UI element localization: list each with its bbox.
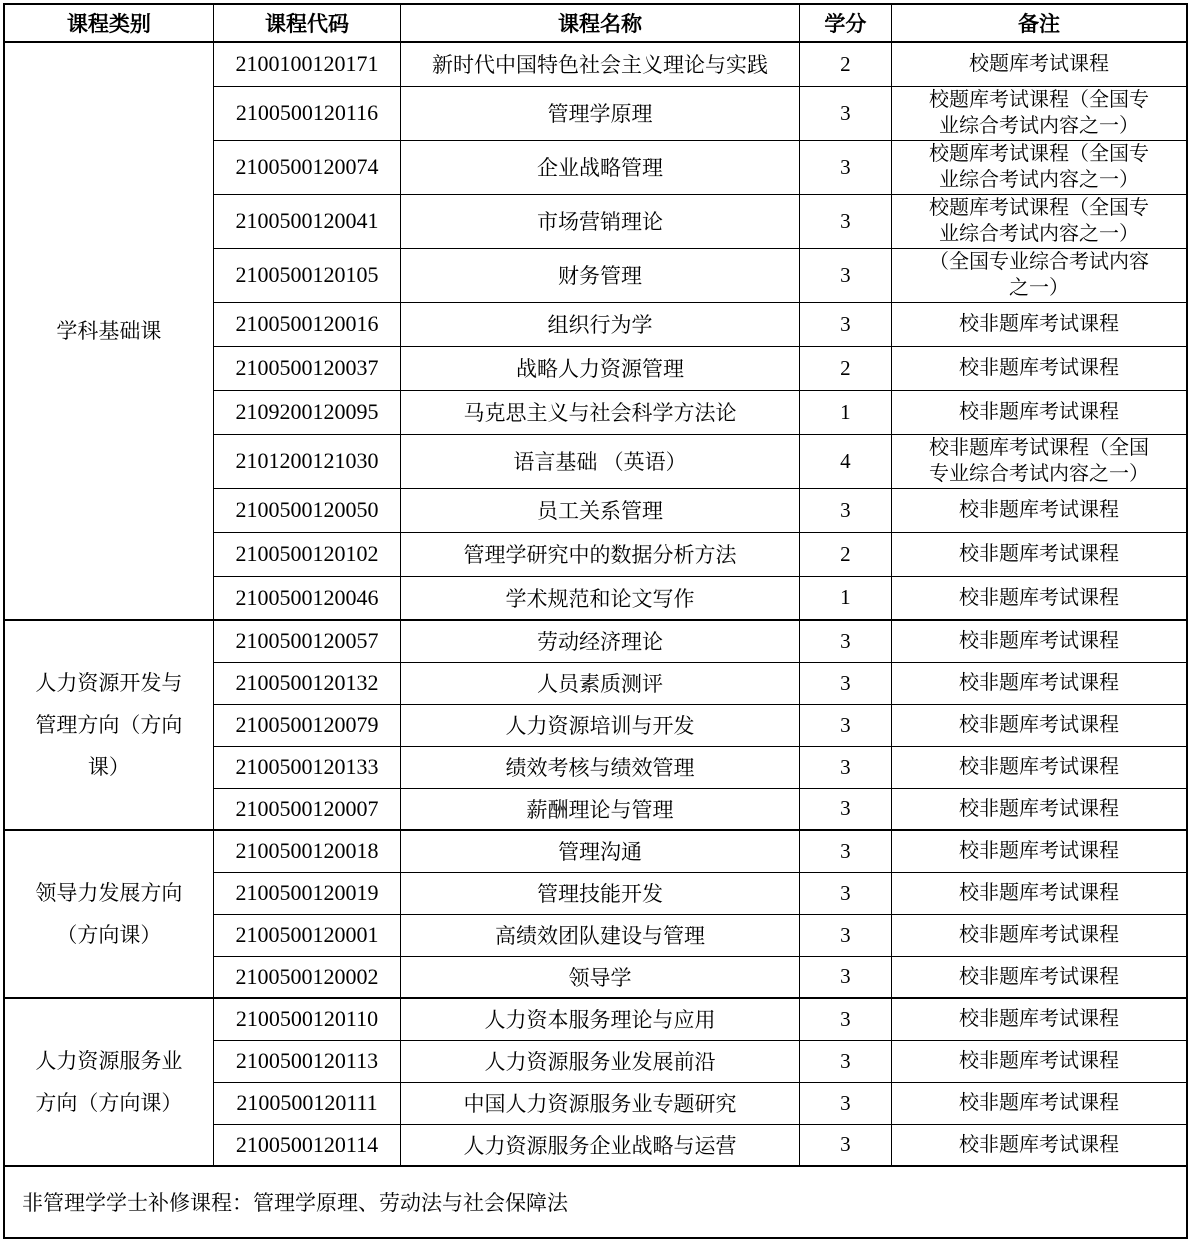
header-course-category: 课程类别	[4, 4, 213, 42]
credits-cell: 3	[799, 872, 891, 914]
code-cell: 2100500120102	[213, 532, 400, 576]
name-cell: 管理技能开发	[401, 872, 800, 914]
category-cell: 人力资源服务业方向（方向课）	[4, 998, 213, 1166]
code-cell: 2100500120111	[213, 1082, 400, 1124]
code-cell: 2100500120057	[213, 620, 400, 662]
name-cell: 马克思主义与社会科学方法论	[401, 390, 800, 434]
code-cell: 2100500120007	[213, 788, 400, 830]
note-cell: 校题库考试课程（全国专业综合考试内容之一）	[891, 194, 1187, 248]
code-cell: 2100500120105	[213, 248, 400, 302]
name-cell: 管理学原理	[401, 86, 800, 140]
name-cell: 劳动经济理论	[401, 620, 800, 662]
note-cell: 校非题库考试课程	[891, 872, 1187, 914]
header-credits: 学分	[799, 4, 891, 42]
note-cell: 校非题库考试课程	[891, 746, 1187, 788]
code-cell: 2100100120171	[213, 42, 400, 86]
code-cell: 2100500120016	[213, 302, 400, 346]
name-cell: 市场营销理论	[401, 194, 800, 248]
name-cell: 人力资源服务企业战略与运营	[401, 1124, 800, 1166]
supplementary-courses-note: 非管理学学士补修课程：管理学原理、劳动法与社会保障法	[4, 1166, 1187, 1238]
credits-cell: 3	[799, 140, 891, 194]
code-cell: 2100500120046	[213, 576, 400, 620]
category-cell: 领导力发展方向（方向课）	[4, 830, 213, 998]
name-cell: 绩效考核与绩效管理	[401, 746, 800, 788]
name-cell: 人员素质测评	[401, 662, 800, 704]
code-cell: 2100500120074	[213, 140, 400, 194]
note-cell: 校非题库考试课程	[891, 788, 1187, 830]
code-cell: 2100500120114	[213, 1124, 400, 1166]
note-cell: 校非题库考试课程	[891, 1040, 1187, 1082]
note-cell: 校非题库考试课程（全国专业综合考试内容之一）	[891, 434, 1187, 488]
course-row: 人力资源开发与管理方向（方向课）2100500120057劳动经济理论3校非题库…	[4, 620, 1187, 662]
note-cell: 校非题库考试课程	[891, 576, 1187, 620]
code-cell: 2100500120019	[213, 872, 400, 914]
code-cell: 2100500120110	[213, 998, 400, 1040]
header-course-code: 课程代码	[213, 4, 400, 42]
code-cell: 2100500120132	[213, 662, 400, 704]
code-cell: 2100500120050	[213, 488, 400, 532]
note-cell: 校题库考试课程	[891, 42, 1187, 86]
note-cell: 校非题库考试课程	[891, 662, 1187, 704]
credits-cell: 4	[799, 434, 891, 488]
note-cell: 校非题库考试课程	[891, 998, 1187, 1040]
credits-cell: 3	[799, 86, 891, 140]
credits-cell: 2	[799, 532, 891, 576]
name-cell: 战略人力资源管理	[401, 346, 800, 390]
credits-cell: 3	[799, 620, 891, 662]
code-cell: 2100500120037	[213, 346, 400, 390]
code-cell: 2100500120041	[213, 194, 400, 248]
credits-cell: 3	[799, 662, 891, 704]
name-cell: 中国人力资源服务业专题研究	[401, 1082, 800, 1124]
credits-cell: 2	[799, 42, 891, 86]
credits-cell: 3	[799, 1124, 891, 1166]
code-cell: 2100500120079	[213, 704, 400, 746]
code-cell: 2100500120116	[213, 86, 400, 140]
name-cell: 财务管理	[401, 248, 800, 302]
category-cell: 学科基础课	[4, 42, 213, 620]
footer-row: 非管理学学士补修课程：管理学原理、劳动法与社会保障法	[4, 1166, 1187, 1238]
name-cell: 领导学	[401, 956, 800, 998]
name-cell: 管理学研究中的数据分析方法	[401, 532, 800, 576]
name-cell: 语言基础 （英语）	[401, 434, 800, 488]
course-plan-page: 课程类别 课程代码 课程名称 学分 备注 学科基础课2100100120171新…	[0, 0, 1198, 1258]
code-cell: 2100500120001	[213, 914, 400, 956]
credits-cell: 1	[799, 390, 891, 434]
name-cell: 组织行为学	[401, 302, 800, 346]
credits-cell: 2	[799, 346, 891, 390]
credits-cell: 3	[799, 1040, 891, 1082]
note-cell: 校非题库考试课程	[891, 1124, 1187, 1166]
category-cell: 人力资源开发与管理方向（方向课）	[4, 620, 213, 830]
credits-cell: 3	[799, 488, 891, 532]
code-cell: 2100500120113	[213, 1040, 400, 1082]
note-cell: 校非题库考试课程	[891, 1082, 1187, 1124]
credits-cell: 3	[799, 704, 891, 746]
note-cell: 校非题库考试课程	[891, 830, 1187, 872]
note-cell: 校非题库考试课程	[891, 914, 1187, 956]
code-cell: 2100500120018	[213, 830, 400, 872]
credits-cell: 3	[799, 194, 891, 248]
credits-cell: 3	[799, 956, 891, 998]
header-row: 课程类别 课程代码 课程名称 学分 备注	[4, 4, 1187, 42]
note-cell: 校非题库考试课程	[891, 620, 1187, 662]
course-row: 学科基础课2100100120171新时代中国特色社会主义理论与实践2校题库考试…	[4, 42, 1187, 86]
course-row: 领导力发展方向（方向课）2100500120018管理沟通3校非题库考试课程	[4, 830, 1187, 872]
header-remarks: 备注	[891, 4, 1187, 42]
name-cell: 薪酬理论与管理	[401, 788, 800, 830]
note-cell: 校非题库考试课程	[891, 390, 1187, 434]
note-cell: 校非题库考试课程	[891, 532, 1187, 576]
note-cell: 校非题库考试课程	[891, 704, 1187, 746]
name-cell: 人力资源服务业发展前沿	[401, 1040, 800, 1082]
header-course-name: 课程名称	[401, 4, 800, 42]
name-cell: 企业战略管理	[401, 140, 800, 194]
credits-cell: 1	[799, 576, 891, 620]
code-cell: 2100500120002	[213, 956, 400, 998]
name-cell: 新时代中国特色社会主义理论与实践	[401, 42, 800, 86]
name-cell: 高绩效团队建设与管理	[401, 914, 800, 956]
note-cell: 校题库考试课程（全国专业综合考试内容之一）	[891, 86, 1187, 140]
name-cell: 管理沟通	[401, 830, 800, 872]
credits-cell: 3	[799, 1082, 891, 1124]
credits-cell: 3	[799, 248, 891, 302]
credits-cell: 3	[799, 788, 891, 830]
name-cell: 学术规范和论文写作	[401, 576, 800, 620]
credits-cell: 3	[799, 998, 891, 1040]
code-cell: 2101200121030	[213, 434, 400, 488]
course-row: 人力资源服务业方向（方向课）2100500120110人力资本服务理论与应用3校…	[4, 998, 1187, 1040]
note-cell: 校非题库考试课程	[891, 956, 1187, 998]
name-cell: 人力资源培训与开发	[401, 704, 800, 746]
course-table: 课程类别 课程代码 课程名称 学分 备注 学科基础课2100100120171新…	[3, 3, 1188, 1239]
credits-cell: 3	[799, 830, 891, 872]
code-cell: 2109200120095	[213, 390, 400, 434]
name-cell: 人力资本服务理论与应用	[401, 998, 800, 1040]
credits-cell: 3	[799, 746, 891, 788]
code-cell: 2100500120133	[213, 746, 400, 788]
note-cell: 校题库考试课程（全国专业综合考试内容之一）	[891, 140, 1187, 194]
course-table-body: 学科基础课2100100120171新时代中国特色社会主义理论与实践2校题库考试…	[4, 42, 1187, 1166]
note-cell: 校非题库考试课程	[891, 302, 1187, 346]
credits-cell: 3	[799, 302, 891, 346]
note-cell: （全国专业综合考试内容之一）	[891, 248, 1187, 302]
note-cell: 校非题库考试课程	[891, 346, 1187, 390]
note-cell: 校非题库考试课程	[891, 488, 1187, 532]
name-cell: 员工关系管理	[401, 488, 800, 532]
credits-cell: 3	[799, 914, 891, 956]
